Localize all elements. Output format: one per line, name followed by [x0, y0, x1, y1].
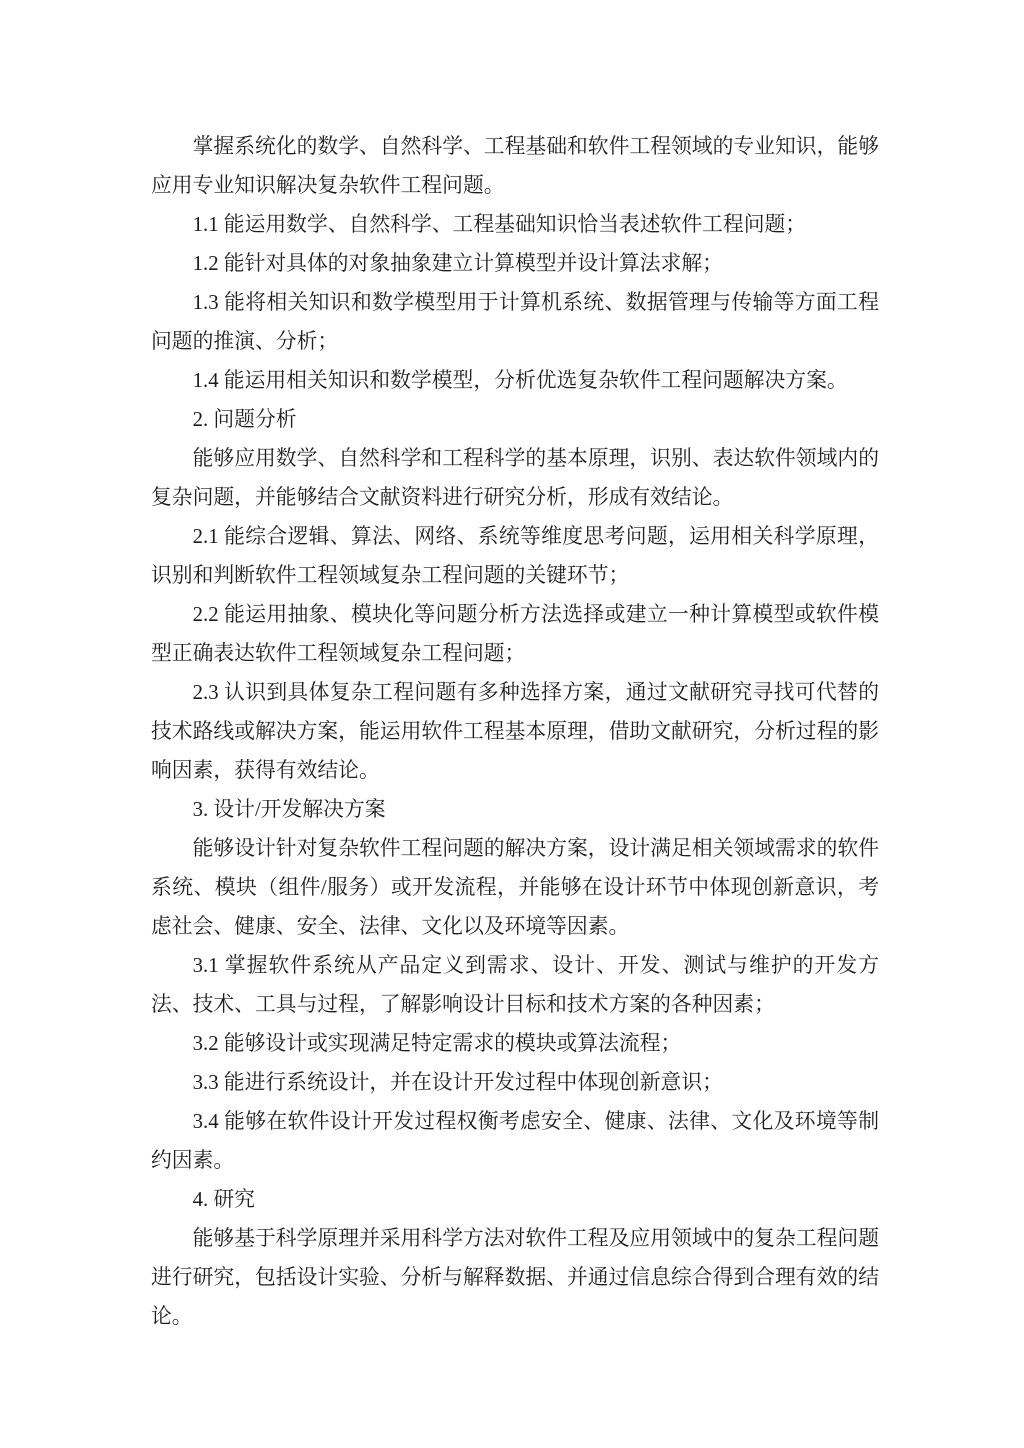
para-section-2-intro: 能够应用数学、自然科学和工程科学的基本原理，识别、表达软件领域内的复杂问题，并能…: [151, 439, 879, 517]
item-2-1: 2.1 能综合逻辑、算法、网络、系统等维度思考问题，运用相关科学原理，识别和判断…: [151, 517, 879, 595]
para-section-3-intro: 能够设计针对复杂软件工程问题的解决方案，设计满足相关领域需求的软件系统、模块（组…: [151, 829, 879, 946]
item-3-3: 3.3 能进行系统设计，并在设计开发过程中体现创新意识；: [151, 1063, 879, 1102]
item-3-4: 3.4 能够在软件设计开发过程权衡考虑安全、健康、法律、文化及环境等制约因素。: [151, 1102, 879, 1180]
document-page: 掌握系统化的数学、自然科学、工程基础和软件工程领域的专业知识，能够应用专业知识解…: [0, 0, 1024, 1448]
document-text-block: 掌握系统化的数学、自然科学、工程基础和软件工程领域的专业知识，能够应用专业知识解…: [151, 127, 879, 1336]
item-1-3: 1.3 能将相关知识和数学模型用于计算机系统、数据管理与传输等方面工程问题的推演…: [151, 283, 879, 361]
section-heading-4: 4. 研究: [151, 1180, 879, 1219]
para-knowledge-intro: 掌握系统化的数学、自然科学、工程基础和软件工程领域的专业知识，能够应用专业知识解…: [151, 127, 879, 205]
item-1-2: 1.2 能针对具体的对象抽象建立计算模型并设计算法求解；: [151, 244, 879, 283]
item-2-3: 2.3 认识到具体复杂工程问题有多种选择方案，通过文献研究寻找可代替的技术路线或…: [151, 673, 879, 790]
item-1-4: 1.4 能运用相关知识和数学模型，分析优选复杂软件工程问题解决方案。: [151, 361, 879, 400]
item-3-2: 3.2 能够设计或实现满足特定需求的模块或算法流程；: [151, 1024, 879, 1063]
para-section-4-intro: 能够基于科学原理并采用科学方法对软件工程及应用领域中的复杂工程问题进行研究，包括…: [151, 1219, 879, 1336]
item-2-2: 2.2 能运用抽象、模块化等问题分析方法选择或建立一种计算模型或软件模型正确表达…: [151, 595, 879, 673]
item-3-1: 3.1 掌握软件系统从产品定义到需求、设计、开发、测试与维护的开发方法、技术、工…: [151, 946, 879, 1024]
section-heading-3: 3. 设计/开发解决方案: [151, 790, 879, 829]
section-heading-2: 2. 问题分析: [151, 400, 879, 439]
item-1-1: 1.1 能运用数学、自然科学、工程基础知识恰当表述软件工程问题；: [151, 205, 879, 244]
